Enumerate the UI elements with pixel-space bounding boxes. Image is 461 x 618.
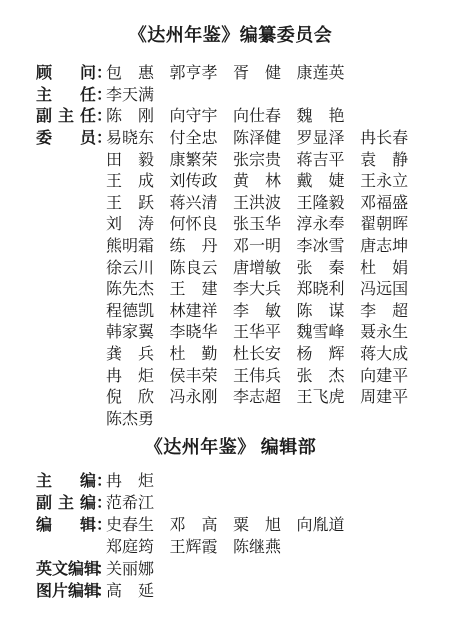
name-list: 倪 欣冯永刚李志超王飞虎周建平 xyxy=(106,384,408,407)
name-list: 李天满 xyxy=(106,82,154,105)
person-name: 袁 静 xyxy=(360,147,408,170)
person-row: ： 程德凯林建祥李 敏陈 谋李 超 xyxy=(0,299,461,321)
role-colon: ： xyxy=(96,82,106,105)
person-name: 杜长安 xyxy=(233,341,281,364)
role-label: 顾问 xyxy=(36,60,96,83)
person-name: 邓一明 xyxy=(233,233,281,256)
name-list: 易晓东付全忠陈泽健罗显泽冉长春 xyxy=(106,125,408,148)
person-row: 主编 ： 冉 炬 xyxy=(0,468,461,490)
person-row: ： 王 跃蒋兴清王洪波王隆毅邓福盛 xyxy=(0,191,461,213)
name-list: 王 成刘传政黄 林戴 婕王永立 xyxy=(106,168,408,191)
person-name: 高 延 xyxy=(106,578,154,601)
person-name: 李 超 xyxy=(360,298,408,321)
person-name: 刘传政 xyxy=(170,168,218,191)
person-name: 戴 婕 xyxy=(297,168,345,191)
person-name: 邓 高 xyxy=(170,512,218,535)
person-name: 冉长春 xyxy=(360,125,408,148)
person-name: 陈杰勇 xyxy=(106,406,154,429)
person-name: 冉 炬 xyxy=(106,363,154,386)
person-name: 陈泽健 xyxy=(233,125,281,148)
person-name: 康莲英 xyxy=(297,60,345,83)
role-label: 图片编辑 xyxy=(36,578,96,601)
role-label: 副主编 xyxy=(36,490,96,513)
person-name: 郭亨孝 xyxy=(170,60,218,83)
person-name: 向建平 xyxy=(360,363,408,386)
editorial-rows: 主编 ： 冉 炬 副主编 ： 范希江 编辑 ： 史春生邓 高粟 旭向胤道 ： 郑… xyxy=(0,468,461,600)
editorial-section: 《达州年鉴》 编辑部 主编 ： 冉 炬 副主编 ： 范希江 编辑 ： 史春生邓 … xyxy=(0,436,461,600)
person-name: 向守宇 xyxy=(170,103,218,126)
name-list: 陈杰勇 xyxy=(106,406,154,429)
role-colon: ： xyxy=(96,512,106,535)
person-name: 易晓东 xyxy=(106,125,154,148)
person-name: 冉 炬 xyxy=(106,468,154,491)
person-name: 杜 娟 xyxy=(360,255,408,278)
person-name: 粟 旭 xyxy=(233,512,281,535)
role-colon: ： xyxy=(96,556,106,579)
person-name: 罗显泽 xyxy=(297,125,345,148)
person-name: 王华平 xyxy=(233,319,281,342)
person-row: ： 陈先杰王 建李大兵郑晓利冯远国 xyxy=(0,277,461,299)
person-name: 魏 艳 xyxy=(297,103,345,126)
person-name: 王飞虎 xyxy=(297,384,345,407)
role-colon: ： xyxy=(96,468,106,491)
person-name: 陈 刚 xyxy=(106,103,154,126)
name-list: 程德凯林建祥李 敏陈 谋李 超 xyxy=(106,298,408,321)
person-name: 陈 谋 xyxy=(297,298,345,321)
person-name: 黄 林 xyxy=(233,168,281,191)
name-list: 熊明霜练 丹邓一明李冰雪唐志坤 xyxy=(106,233,408,256)
person-name: 翟朝晖 xyxy=(360,211,408,234)
name-list: 冉 炬侯丰荣王伟兵张 杰向建平 xyxy=(106,363,408,386)
name-list: 龚 兵杜 勤杜长安杨 辉蒋大成 xyxy=(106,341,408,364)
committee-rows: 顾问 ： 包 惠郭亨孝胥 健康莲英 主任 ： 李天满 副主任 ： 陈 刚向守宇向… xyxy=(0,61,461,428)
person-name: 唐增敏 xyxy=(233,255,281,278)
person-row: ： 陈杰勇 xyxy=(0,407,461,429)
person-name: 王辉霞 xyxy=(170,534,218,557)
person-row: ： 韩家翼李晓华王华平魏雪峰聂永生 xyxy=(0,320,461,342)
committee-section: 《达州年鉴》编纂委员会 顾问 ： 包 惠郭亨孝胥 健康莲英 主任 ： 李天满 副… xyxy=(0,24,461,428)
person-name: 唐志坤 xyxy=(360,233,408,256)
person-name: 倪 欣 xyxy=(106,384,154,407)
person-name: 邓福盛 xyxy=(360,190,408,213)
person-name: 张 秦 xyxy=(297,255,345,278)
person-name: 张 杰 xyxy=(297,363,345,386)
person-name: 杨 辉 xyxy=(297,341,345,364)
person-name: 李志超 xyxy=(233,384,281,407)
role-colon: ： xyxy=(96,60,106,83)
person-name: 王洪波 xyxy=(233,190,281,213)
person-row: 委员 ： 易晓东付全忠陈泽健罗显泽冉长春 xyxy=(0,126,461,148)
person-name: 王 跃 xyxy=(106,190,154,213)
person-name: 蒋兴清 xyxy=(170,190,218,213)
person-name: 史春生 xyxy=(106,512,154,535)
person-row: 英文编辑 ： 关丽娜 xyxy=(0,556,461,578)
person-row: ： 倪 欣冯永刚李志超王飞虎周建平 xyxy=(0,385,461,407)
name-list: 郑庭筠王辉霞陈继燕 xyxy=(106,534,281,557)
person-row: ： 王 成刘传政黄 林戴 婕王永立 xyxy=(0,169,461,191)
person-name: 王 建 xyxy=(170,276,218,299)
person-name: 林建祥 xyxy=(170,298,218,321)
person-row: ： 郑庭筠王辉霞陈继燕 xyxy=(0,534,461,556)
person-name: 熊明霜 xyxy=(106,233,154,256)
name-list: 史春生邓 高粟 旭向胤道 xyxy=(106,512,345,535)
person-name: 陈继燕 xyxy=(233,534,281,557)
person-name: 徐云川 xyxy=(106,255,154,278)
person-name: 王伟兵 xyxy=(233,363,281,386)
role-label: 副主任 xyxy=(36,103,96,126)
name-list: 韩家翼李晓华王华平魏雪峰聂永生 xyxy=(106,319,408,342)
role-colon: ： xyxy=(96,578,106,601)
person-name: 龚 兵 xyxy=(106,341,154,364)
person-name: 李冰雪 xyxy=(297,233,345,256)
name-list: 田 毅康繁荣张宗贵蒋吉平袁 静 xyxy=(106,147,408,170)
person-name: 康繁荣 xyxy=(170,147,218,170)
name-list: 范希江 xyxy=(106,490,154,513)
person-name: 刘 涛 xyxy=(106,211,154,234)
person-name: 程德凯 xyxy=(106,298,154,321)
person-name: 王 成 xyxy=(106,168,154,191)
name-list: 高 延 xyxy=(106,578,154,601)
person-name: 蒋大成 xyxy=(360,341,408,364)
person-row: ： 熊明霜练 丹邓一明李冰雪唐志坤 xyxy=(0,234,461,256)
name-list: 冉 炬 xyxy=(106,468,154,491)
name-list: 陈 刚向守宇向仕春魏 艳 xyxy=(106,103,345,126)
person-row: 顾问 ： 包 惠郭亨孝胥 健康莲英 xyxy=(0,61,461,83)
person-name: 包 惠 xyxy=(106,60,154,83)
role-colon: ： xyxy=(96,125,106,148)
person-name: 范希江 xyxy=(106,490,154,513)
name-list: 徐云川陈良云唐增敏张 秦杜 娟 xyxy=(106,255,408,278)
role-label: 英文编辑 xyxy=(36,556,96,579)
name-list: 刘 涛何怀良张玉华淳永奉翟朝晖 xyxy=(106,211,408,234)
person-name: 张玉华 xyxy=(233,211,281,234)
person-row: ： 冉 炬侯丰荣王伟兵张 杰向建平 xyxy=(0,363,461,385)
person-row: 副主编 ： 范希江 xyxy=(0,490,461,512)
person-name: 陈先杰 xyxy=(106,276,154,299)
person-name: 郑晓利 xyxy=(297,276,345,299)
person-row: ： 龚 兵杜 勤杜长安杨 辉蒋大成 xyxy=(0,342,461,364)
person-name: 田 毅 xyxy=(106,147,154,170)
person-name: 陈良云 xyxy=(170,255,218,278)
document-page: 《达州年鉴》编纂委员会 顾问 ： 包 惠郭亨孝胥 健康莲英 主任 ： 李天满 副… xyxy=(0,0,461,618)
person-name: 王隆毅 xyxy=(297,190,345,213)
person-name: 聂永生 xyxy=(360,319,408,342)
person-name: 李 敏 xyxy=(233,298,281,321)
role-label: 编辑 xyxy=(36,512,96,535)
role-label: 主编 xyxy=(36,468,96,491)
person-name: 李晓华 xyxy=(170,319,218,342)
person-name: 郑庭筠 xyxy=(106,534,154,557)
person-name: 练 丹 xyxy=(170,233,218,256)
person-name: 淳永奉 xyxy=(297,211,345,234)
role-label: 委员 xyxy=(36,125,96,148)
person-name: 杜 勤 xyxy=(170,341,218,364)
editorial-title: 《达州年鉴》 编辑部 xyxy=(0,436,461,458)
person-name: 冯永刚 xyxy=(170,384,218,407)
name-list: 包 惠郭亨孝胥 健康莲英 xyxy=(106,60,345,83)
role-colon: ： xyxy=(96,103,106,126)
person-name: 向仕春 xyxy=(233,103,281,126)
person-name: 张宗贵 xyxy=(233,147,281,170)
person-name: 李天满 xyxy=(106,82,154,105)
person-row: ： 徐云川陈良云唐增敏张 秦杜 娟 xyxy=(0,255,461,277)
person-name: 侯丰荣 xyxy=(170,363,218,386)
role-label: 主任 xyxy=(36,82,96,105)
person-row: 主任 ： 李天满 xyxy=(0,83,461,105)
person-name: 周建平 xyxy=(360,384,408,407)
role-colon: ： xyxy=(96,490,106,513)
person-row: 副主任 ： 陈 刚向守宇向仕春魏 艳 xyxy=(0,104,461,126)
person-row: ： 刘 涛何怀良张玉华淳永奉翟朝晖 xyxy=(0,212,461,234)
person-name: 何怀良 xyxy=(170,211,218,234)
person-name: 关丽娜 xyxy=(106,556,154,579)
person-name: 王永立 xyxy=(360,168,408,191)
person-row: 图片编辑 ： 高 延 xyxy=(0,578,461,600)
person-name: 蒋吉平 xyxy=(297,147,345,170)
person-name: 魏雪峰 xyxy=(297,319,345,342)
person-name: 冯远国 xyxy=(360,276,408,299)
name-list: 王 跃蒋兴清王洪波王隆毅邓福盛 xyxy=(106,190,408,213)
name-list: 陈先杰王 建李大兵郑晓利冯远国 xyxy=(106,276,408,299)
person-name: 胥 健 xyxy=(233,60,281,83)
person-name: 李大兵 xyxy=(233,276,281,299)
person-name: 付全忠 xyxy=(170,125,218,148)
name-list: 关丽娜 xyxy=(106,556,154,579)
committee-title: 《达州年鉴》编纂委员会 xyxy=(0,24,461,46)
person-name: 韩家翼 xyxy=(106,319,154,342)
person-row: 编辑 ： 史春生邓 高粟 旭向胤道 xyxy=(0,512,461,534)
person-name: 向胤道 xyxy=(297,512,345,535)
person-row: ： 田 毅康繁荣张宗贵蒋吉平袁 静 xyxy=(0,147,461,169)
